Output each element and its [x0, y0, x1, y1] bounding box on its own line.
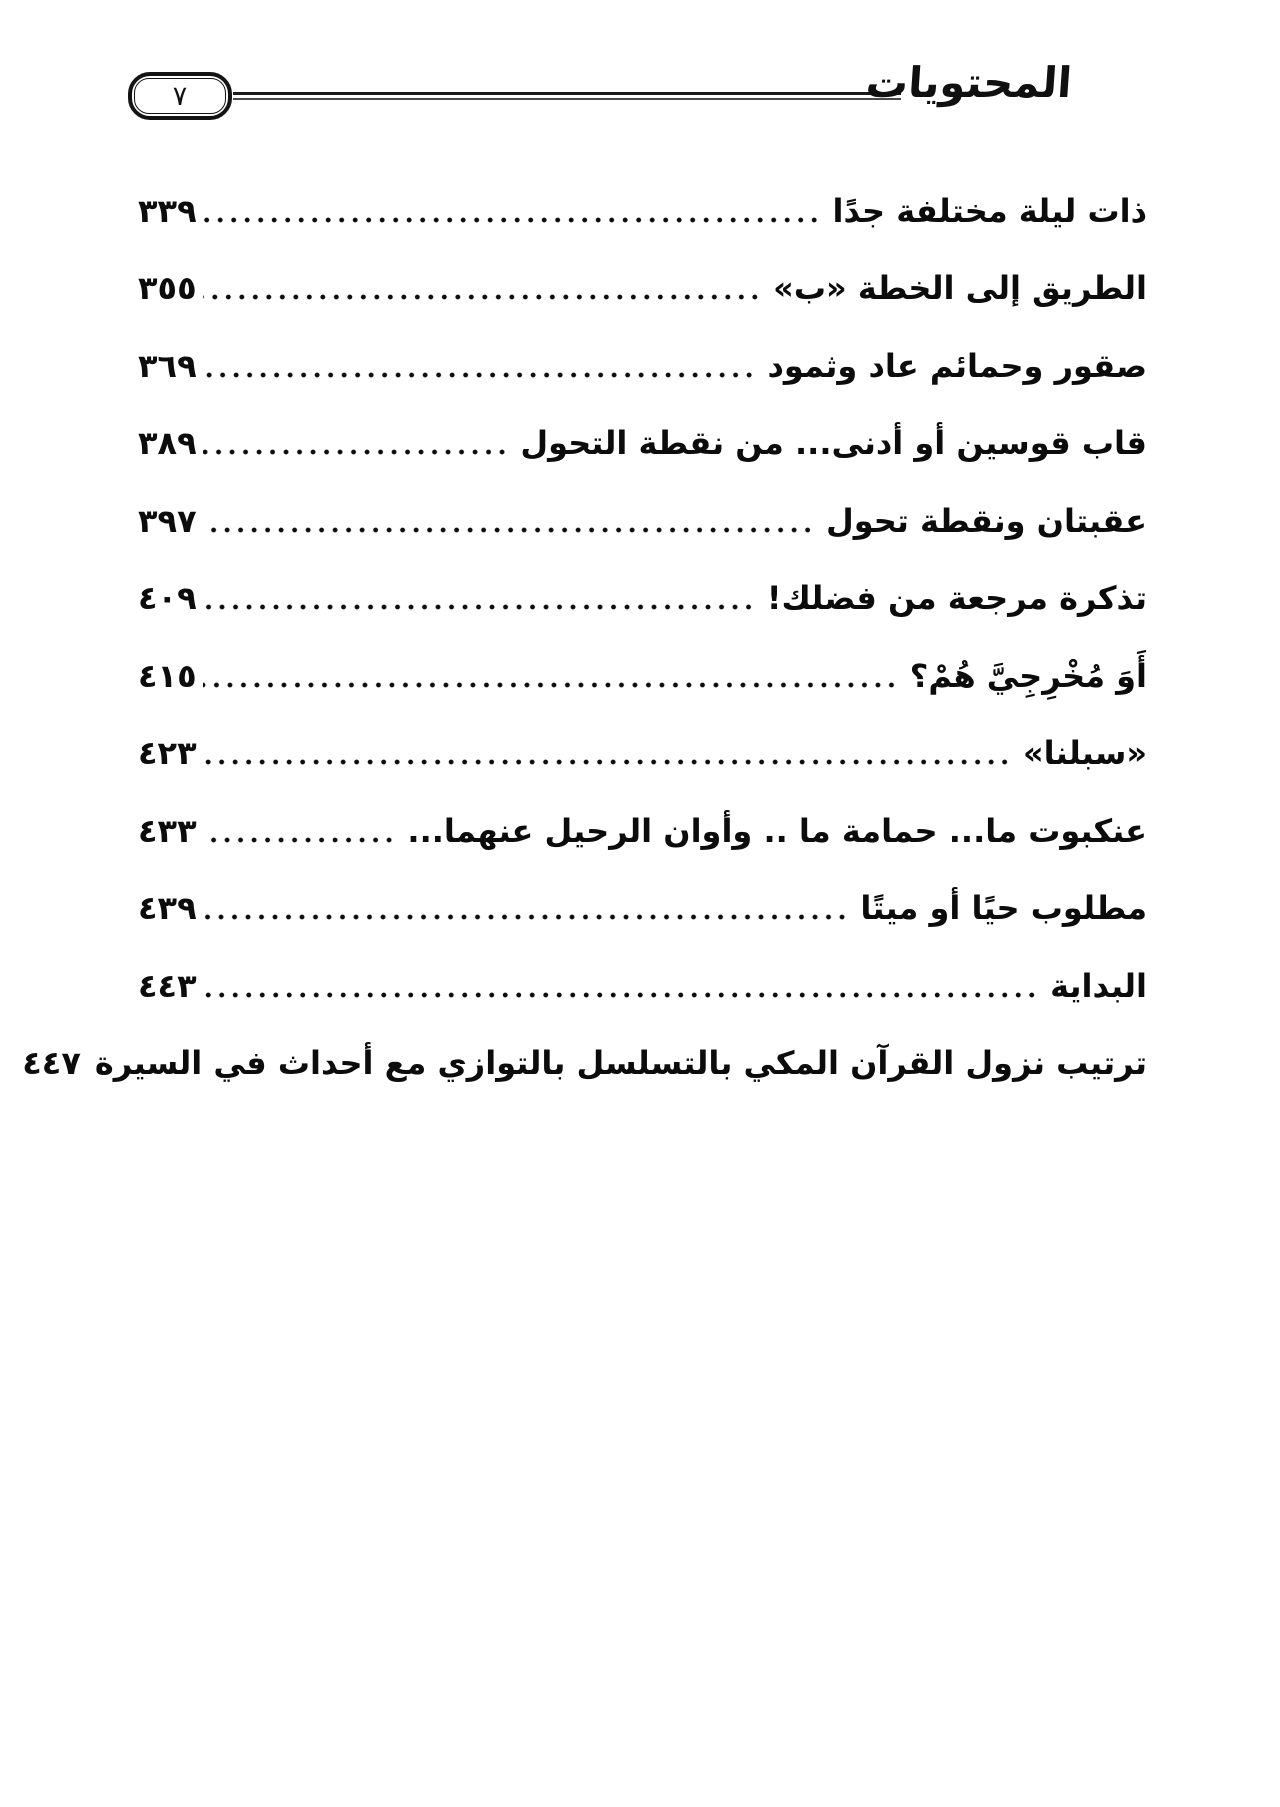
- dot-leader: [203, 715, 1015, 793]
- toc-entry-page: ٤٣٣: [138, 812, 197, 850]
- toc-entry-title: صقور وحمائم عاد وثمود: [767, 342, 1147, 390]
- toc-entry-title: عقبتان ونقطة تحول: [826, 497, 1147, 545]
- dot-leader: [203, 250, 766, 328]
- toc-entry: البداية ٤٤٣: [138, 947, 1147, 1025]
- toc-entry: عقبتان ونقطة تحول ٣٩٧: [138, 482, 1147, 560]
- toc-entry-title: «سبلنا»: [1023, 729, 1147, 777]
- toc-entry: الطريق إلى الخطة «ب» ٣٥٥: [138, 250, 1147, 328]
- page-number-badge: ٧: [128, 72, 232, 120]
- toc-entry-page: ٣٦٩: [138, 347, 197, 385]
- toc-entry: مطلوب حيًا أو ميتًا ٤٣٩: [138, 870, 1147, 948]
- toc-entry-page: ٤٤٧: [22, 1044, 81, 1082]
- page-number: ٧: [134, 78, 226, 114]
- toc-entry-title: مطلوب حيًا أو ميتًا: [860, 884, 1147, 932]
- toc-entry-title: أَوَ مُخْرِجِيَّ هُمْ؟: [910, 652, 1147, 700]
- dot-leader: [203, 405, 513, 483]
- toc-entry-page: ٣٣٩: [138, 192, 197, 230]
- dot-leader: [203, 947, 1042, 1025]
- toc-entry-page: ٣٨٩: [138, 424, 197, 462]
- header-divider-rule: [233, 92, 901, 100]
- dot-leader: [203, 870, 853, 948]
- dot-leader: [203, 172, 825, 250]
- toc-entry: ذات ليلة مختلفة جدًا ٣٣٩: [138, 172, 1147, 250]
- toc-entry: قاب قوسين أو أدنى... من نقطة التحول ٣٨٩: [138, 405, 1147, 483]
- page-title: المحتويات: [864, 58, 1073, 107]
- toc-entry-page: ٤٢٣: [138, 734, 197, 772]
- toc-list: ذات ليلة مختلفة جدًا ٣٣٩ الطريق إلى الخط…: [138, 172, 1147, 1102]
- toc-entry: عنكبوت ما... حمامة ما .. وأوان الرحيل عن…: [138, 792, 1147, 870]
- dot-leader: [203, 792, 400, 870]
- toc-entry: ترتيب نزول القرآن المكي بالتسلسل بالتواز…: [138, 1025, 1147, 1103]
- dot-leader: [203, 327, 760, 405]
- dot-leader: [203, 560, 759, 638]
- toc-entry-page: ٤٠٩: [138, 579, 197, 617]
- toc-entry: «سبلنا» ٤٢٣: [138, 715, 1147, 793]
- toc-entry-page: ٤٤٣: [138, 967, 197, 1005]
- book-page: ٧ المحتويات ذات ليلة مختلفة جدًا ٣٣٩ الط…: [0, 0, 1280, 1807]
- toc-entry: تذكرة مرجعة من فضلك! ٤٠٩: [138, 560, 1147, 638]
- toc-entry-page: ٣٥٥: [138, 269, 197, 307]
- toc-entry-title: تذكرة مرجعة من فضلك!: [767, 574, 1147, 622]
- toc-entry-title: ترتيب نزول القرآن المكي بالتسلسل بالتواز…: [95, 1039, 1147, 1087]
- toc-entry-title: عنكبوت ما... حمامة ما .. وأوان الرحيل عن…: [407, 807, 1147, 855]
- toc-entry-title: قاب قوسين أو أدنى... من نقطة التحول: [520, 419, 1147, 467]
- dot-leader: [203, 637, 902, 715]
- toc-entry-title: ذات ليلة مختلفة جدًا: [833, 187, 1147, 235]
- toc-entry-title: الطريق إلى الخطة «ب»: [773, 264, 1147, 312]
- toc-entry-page: ٣٩٧: [138, 502, 197, 540]
- toc-entry-page: ٤١٥: [138, 657, 197, 695]
- toc-entry: أَوَ مُخْرِجِيَّ هُمْ؟ ٤١٥: [138, 637, 1147, 715]
- toc-entry-title: البداية: [1050, 962, 1147, 1010]
- toc-entry-page: ٤٣٩: [138, 889, 197, 927]
- toc-entry: صقور وحمائم عاد وثمود ٣٦٩: [138, 327, 1147, 405]
- dot-leader: [203, 482, 818, 560]
